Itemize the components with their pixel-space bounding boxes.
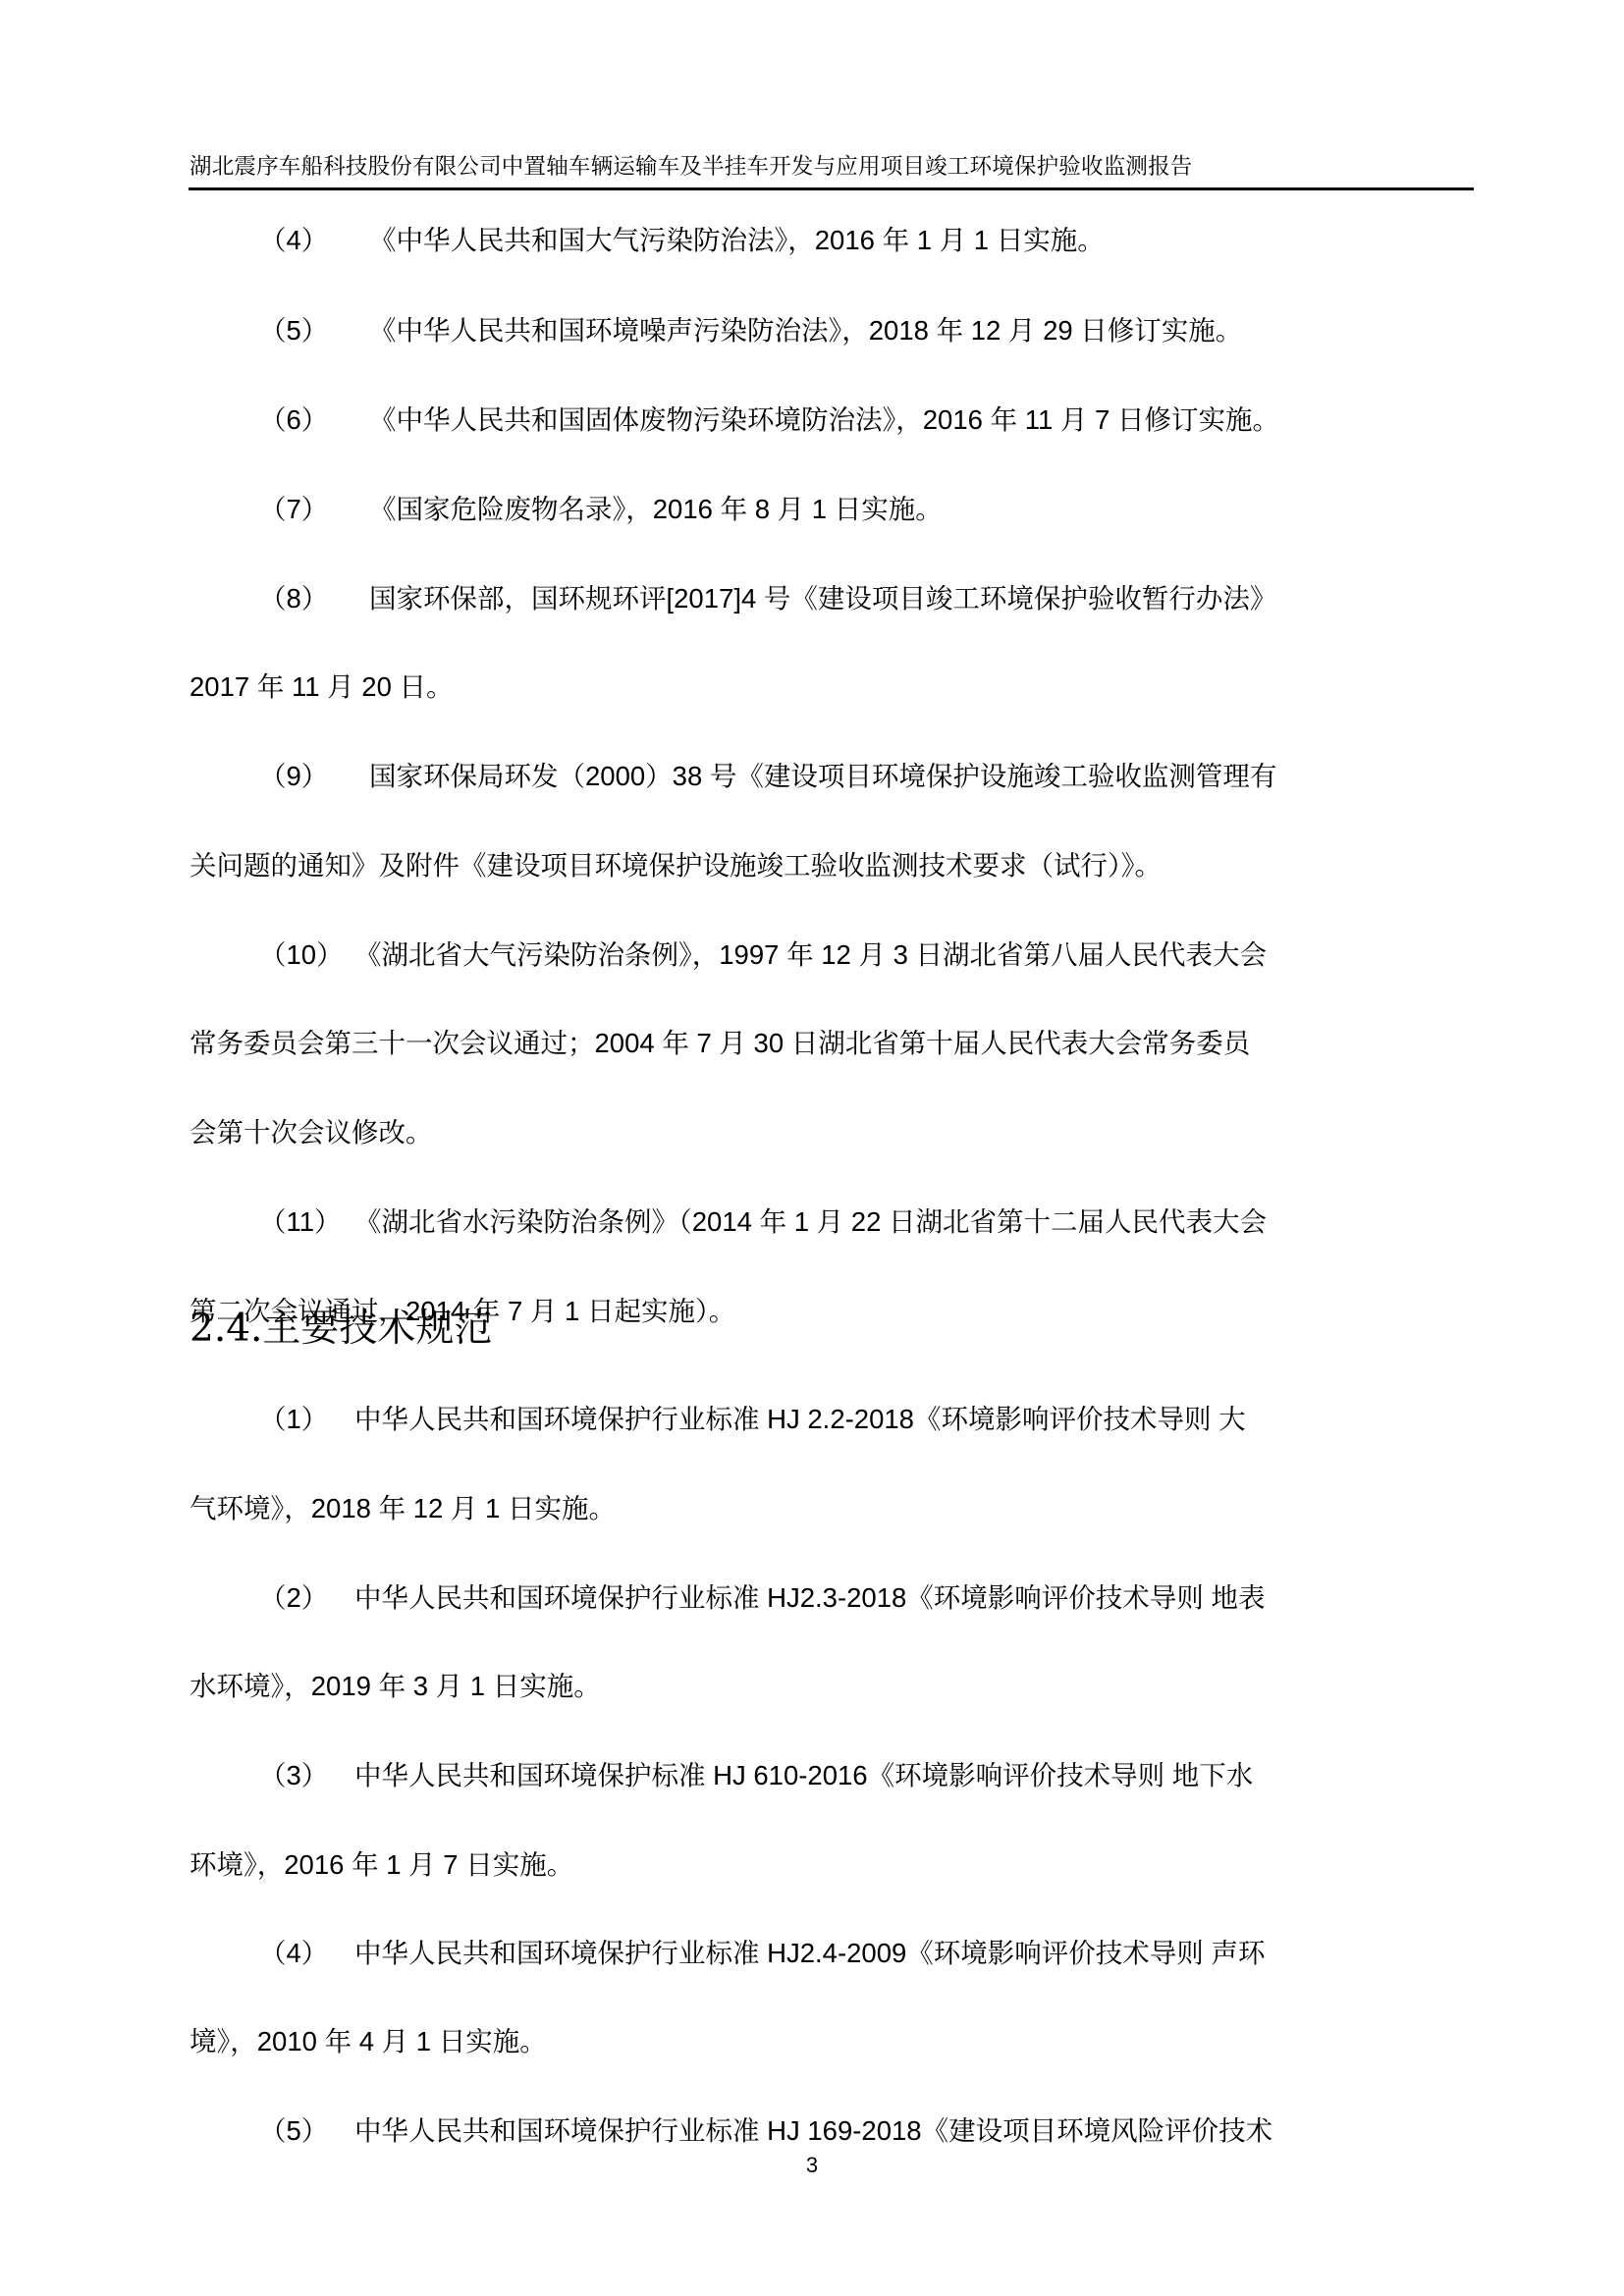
item-number: （7） — [259, 492, 328, 527]
law-item-9-cont: 关问题的通知》及附件《建设项目环境保护设施竣工验收监测技术要求（试行）》。 — [189, 848, 1486, 883]
item-number: （5） — [259, 2113, 328, 2149]
item-text: 中华人民共和国环境保护行业标准 HJ2.4-2009《环境影响评价技术导则 声环 — [354, 1936, 1265, 1971]
item-text: 《中华人民共和国大气污染防治法》，2016 年 1 月 1 日实施。 — [369, 223, 1105, 258]
item-number: （5） — [259, 313, 328, 348]
spec-item-2-cont: 水环境》，2019 年 3 月 1 日实施。 — [189, 1669, 1486, 1704]
item-number: （1） — [259, 1402, 328, 1437]
header-divider — [189, 187, 1474, 190]
spec-item-3-cont: 环境》，2016 年 1 月 7 日实施。 — [189, 1847, 1486, 1883]
section-heading: 2.4.主要技术规范 — [189, 1304, 492, 1355]
item-number: （4） — [259, 1936, 328, 1971]
item-text: 《国家危险废物名录》，2016 年 8 月 1 日实施。 — [369, 492, 943, 527]
spec-item-4-cont: 境》，2010 年 4 月 1 日实施。 — [189, 2024, 1486, 2059]
item-text: 中华人民共和国环境保护行业标准 HJ 2.2-2018《环境影响评价技术导则 大 — [354, 1402, 1246, 1437]
item-text: 中华人民共和国环境保护行业标准 HJ2.3-2018《环境影响评价技术导则 地表 — [354, 1580, 1265, 1616]
item-number: （8） — [259, 581, 328, 616]
item-number: （9） — [259, 759, 328, 794]
law-item-10-cont-1: 常务委员会第三十一次会议通过；2004 年 7 月 30 日湖北省第十届人民代表… — [189, 1026, 1486, 1061]
spec-item-1-cont: 气环境》，2018 年 12 月 1 日实施。 — [189, 1491, 1486, 1526]
item-text: 《湖北省水污染防治条例》（2014 年 1 月 22 日湖北省第十二届人民代表大… — [354, 1204, 1267, 1240]
law-item-8-cont: 2017 年 11 月 20 日。 — [189, 669, 1486, 705]
item-text: 《中华人民共和国固体废物污染环境防治法》，2016 年 11 月 7 日修订实施… — [369, 402, 1279, 438]
item-text: 国家环保部，国环规环评[2017]4 号《建设项目竣工环境保护验收暂行办法》 — [369, 581, 1276, 616]
item-number: （10） — [259, 937, 344, 973]
item-text: 国家环保局环发（2000）38 号《建设项目环境保护设施竣工验收监测管理有 — [369, 759, 1276, 794]
item-number: （11） — [259, 1204, 342, 1240]
law-item-10-cont-2: 会第十次会议修改。 — [189, 1115, 1486, 1150]
item-text: 《中华人民共和国环境噪声污染防治法》，2018 年 12 月 29 日修订实施。 — [369, 313, 1242, 348]
item-text: 《湖北省大气污染防治条例》，1997 年 12 月 3 日湖北省第八届人民代表大… — [354, 937, 1267, 973]
item-text: 中华人民共和国环境保护标准 HJ 610-2016《环境影响评价技术导则 地下水 — [354, 1758, 1253, 1793]
page-number: 3 — [0, 2152, 1624, 2179]
item-text: 中华人民共和国环境保护行业标准 HJ 169-2018《建设项目环境风险评价技术 — [354, 2113, 1272, 2149]
item-number: （4） — [259, 223, 328, 258]
item-number: （2） — [259, 1580, 328, 1616]
item-number: （3） — [259, 1758, 328, 1793]
document-page: 湖北震序车船科技股份有限公司中置轴车辆运输车及半挂车开发与应用项目竣工环境保护验… — [0, 0, 1624, 2296]
running-header: 湖北震序车船科技股份有限公司中置轴车辆运输车及半挂车开发与应用项目竣工环境保护验… — [189, 152, 1193, 182]
item-number: （6） — [259, 402, 328, 438]
